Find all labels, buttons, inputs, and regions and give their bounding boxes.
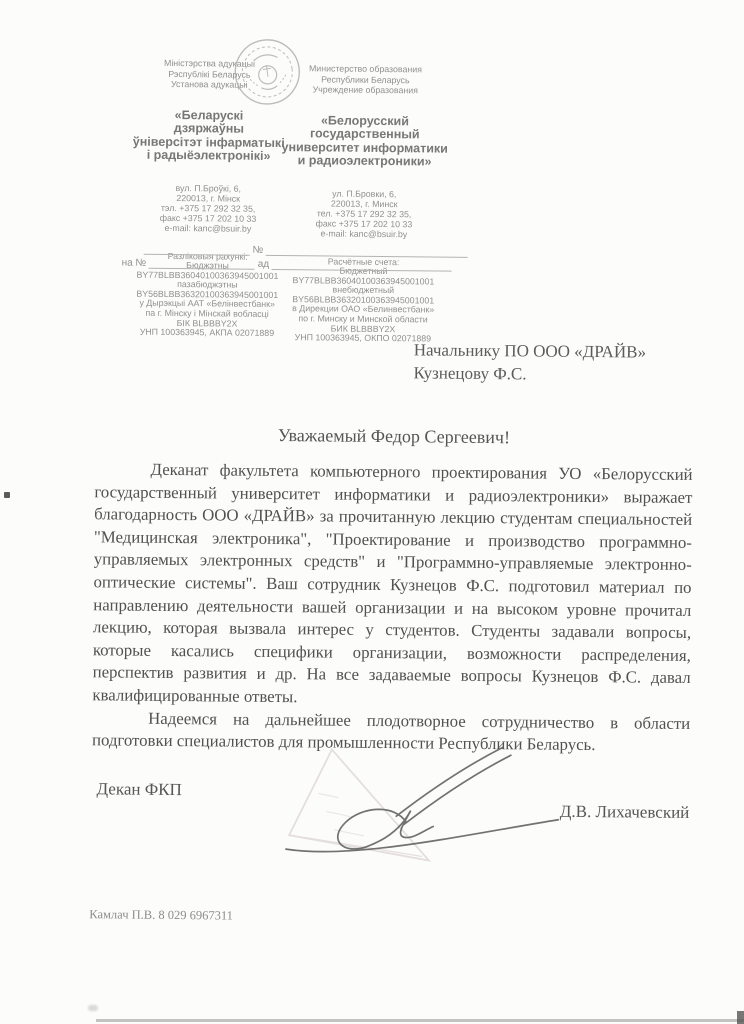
incoming-number-line xyxy=(149,258,255,270)
salutation: Уважаемый Федор Сергеевич! xyxy=(95,423,693,450)
incoming-date-line xyxy=(272,259,452,272)
ministry-lines-ru: Министерство образования Республики Бела… xyxy=(255,63,475,97)
from-date-label: ад xyxy=(258,259,270,270)
on-number-label: на № xyxy=(122,258,147,269)
university-name-ru: «Белорусский государственный университет… xyxy=(255,113,476,169)
scan-bottom-edge xyxy=(96,1019,744,1022)
letterhead-russian: Министерство образования Республики Бела… xyxy=(253,45,476,363)
scan-content: Міністэрства адукацыі Рэспублікі Беларус… xyxy=(0,0,744,1024)
reference-block: № на № ад xyxy=(122,244,484,275)
address-lines-ru: ул. П.Бровки, 6, 220013, г. Минск тел. +… xyxy=(254,187,474,239)
body-paragraph-1: Деканат факультета компьютерного проекти… xyxy=(92,458,692,712)
scan-smudge-artifact xyxy=(88,1005,98,1011)
scan-dot-artifact xyxy=(4,492,10,498)
number-sign-label: № xyxy=(252,245,263,256)
outgoing-number-line xyxy=(144,244,250,256)
recipient-block: Начальнику ПО ООО «ДРАЙВ» Кузнецову Ф.С. xyxy=(413,338,646,386)
letter-body: Уважаемый Федор Сергеевич! Деканат факул… xyxy=(92,423,693,757)
executor-contact: Камлач П.В. 8 029 6967311 xyxy=(89,907,233,923)
outgoing-date-line xyxy=(266,245,468,258)
scan-corner-mark xyxy=(737,1011,744,1024)
scanned-letter-page: Міністэрства адукацыі Рэспублікі Беларус… xyxy=(0,0,744,1024)
signature-area xyxy=(274,737,575,890)
signer-position: Декан ФКП xyxy=(96,779,181,800)
